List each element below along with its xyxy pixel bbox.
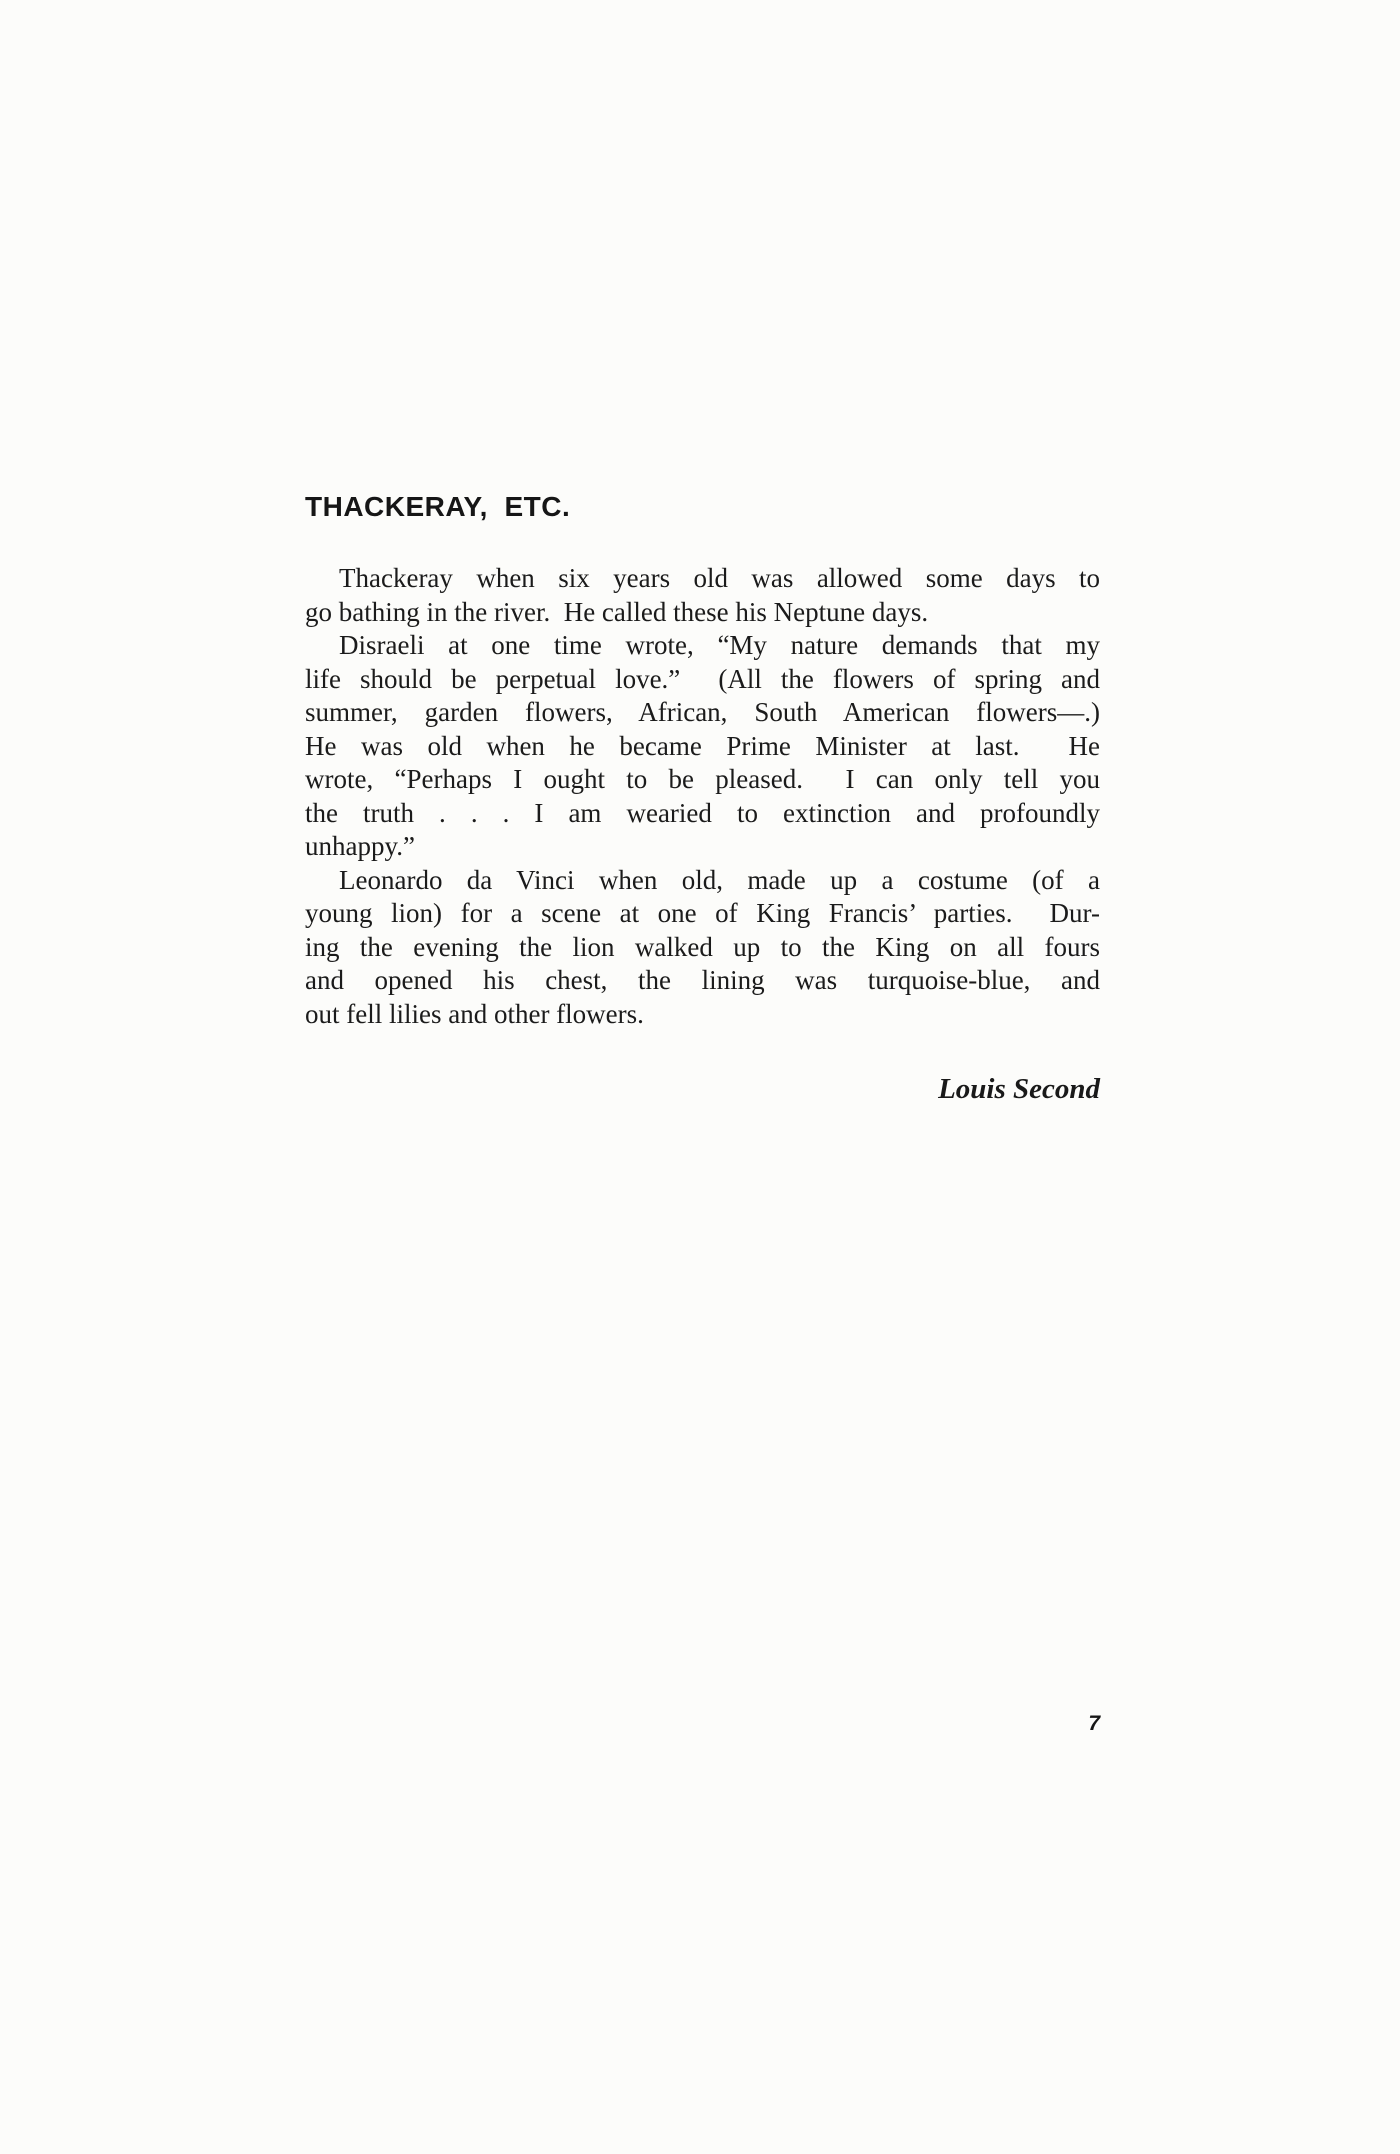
paragraph-line: life should be perpetual love.” (All the… <box>305 663 1100 697</box>
paragraph-line: go bathing in the river. He called these… <box>305 596 1100 630</box>
paragraph-line: young lion) for a scene at one of King F… <box>305 897 1100 931</box>
paragraph-line: ing the evening the lion walked up to th… <box>305 931 1100 965</box>
paragraph-line: summer, garden flowers, African, South A… <box>305 696 1100 730</box>
paragraph-line: unhappy.” <box>305 830 1100 864</box>
paragraph-line: He was old when he became Prime Minister… <box>305 730 1100 764</box>
page-title: THACKERAY, ETC. <box>305 492 1100 522</box>
paragraph-line: wrote, “Perhaps I ought to be pleased. I… <box>305 763 1100 797</box>
book-page: THACKERAY, ETC. Thackeray when six years… <box>0 0 1400 2154</box>
paragraph-line: Disraeli at one time wrote, “My nature d… <box>305 629 1100 663</box>
body-paragraphs: Thackeray when six years old was allowed… <box>305 562 1100 1031</box>
body-paragraph: Leonardo da Vinci when old, made up a co… <box>305 864 1100 1032</box>
body-paragraph: Thackeray when six years old was allowed… <box>305 562 1100 629</box>
paragraph-line: Thackeray when six years old was allowed… <box>305 562 1100 596</box>
paragraph-line: Leonardo da Vinci when old, made up a co… <box>305 864 1100 898</box>
paragraph-line: and opened his chest, the lining was tur… <box>305 964 1100 998</box>
paragraph-line: out fell lilies and other flowers. <box>305 998 1100 1032</box>
attribution: Louis Second <box>305 1073 1100 1105</box>
text-block: THACKERAY, ETC. Thackeray when six years… <box>305 492 1100 1105</box>
paragraph-line: the truth . . . I am wearied to extincti… <box>305 797 1100 831</box>
body-paragraph: Disraeli at one time wrote, “My nature d… <box>305 629 1100 864</box>
page-number: 7 <box>305 1712 1100 1736</box>
